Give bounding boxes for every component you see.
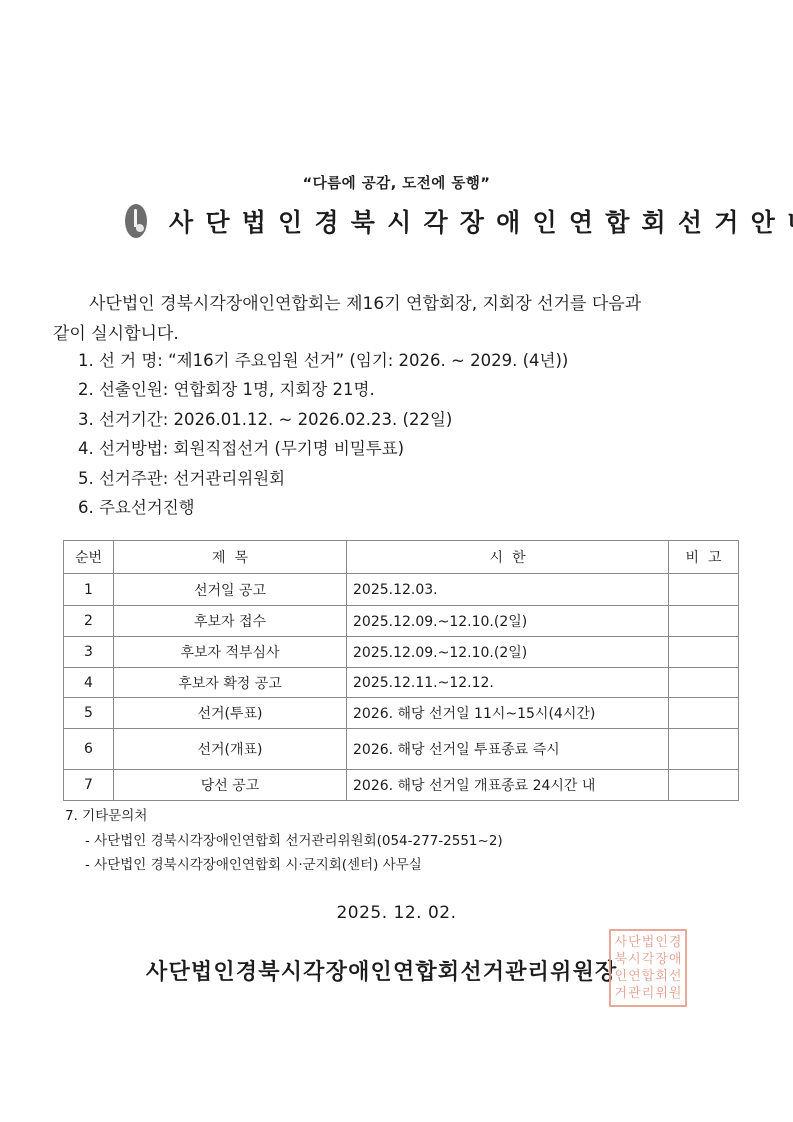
table-row: 6 선거(개표) 2026. 해당 선거일 투표종료 즉시 [64,729,739,770]
row-no: 4 [64,668,114,698]
row-no: 7 [64,770,114,801]
seal-char: 장 [655,953,669,966]
intro-paragraph: 사단법인 경북시각장애인연합회는 제16기 연합회장, 지회장 선거를 다음과 … [53,289,753,349]
detail-method: 4. 선거방법: 회원직접선거 (무기명 비밀투표) [78,434,568,463]
document-header: 사단법인경북시각장애인연합회선거안내 [125,196,793,246]
row-deadline: 2025.12.11.~12.12. [347,668,669,698]
table-row: 7 당선 공고 2026. 해당 선거일 개표종료 24시간 내 [64,770,739,801]
row-note [669,729,739,770]
row-deadline: 2026. 해당 선거일 투표종료 즉시 [347,729,669,770]
association-logo-icon [125,204,147,238]
row-title: 당선 공고 [114,770,347,801]
seal-char: 선 [668,970,682,983]
table-row: 4 후보자 확정 공고 2025.12.11.~12.12. [64,668,739,698]
row-no: 1 [64,574,114,606]
contacts-section: 7. 기타문의처 - 사단법인 경북시각장애인연합회 선거관리위원회(054-2… [65,804,503,878]
row-title: 선거(개표) [114,729,347,770]
table-row: 1 선거일 공고 2025.12.03. [64,574,739,606]
contact-election-committee: - 사단법인 경북시각장애인연합회 선거관리위원회(054-277-2551~2… [65,829,503,854]
row-deadline: 2025.12.09.~12.10.(2일) [347,606,669,637]
seal-char: 위 [655,987,669,1000]
row-no: 6 [64,729,114,770]
seal-char: 합 [641,970,655,983]
row-note [669,637,739,668]
election-details-list: 1. 선 거 명: “제16기 주요임원 선거” (임기: 2026. ~ 20… [78,346,568,522]
seal-char: 연 [628,970,642,983]
seal-char: 사 [614,936,628,949]
row-note [669,698,739,729]
row-note [669,606,739,637]
seal-char: 시 [628,953,642,966]
seal-char: 법 [641,936,655,949]
row-note [669,574,739,606]
row-title: 후보자 확정 공고 [114,668,347,698]
schedule-table: 순번 제 목 시 한 비 고 1 선거일 공고 2025.12.03. 2 후보… [63,540,739,801]
seal-char: 관 [628,987,642,1000]
col-header-deadline: 시 한 [347,541,669,574]
row-note [669,770,739,801]
detail-period: 3. 선거기간: 2026.01.12. ~ 2026.02.23. (22일) [78,405,568,434]
document-title: 사단법인경북시각장애인연합회선거안내 [169,203,793,239]
issue-date: 2025. 12. 02. [0,903,793,923]
contacts-heading: 7. 기타문의처 [65,804,503,829]
row-no: 2 [64,606,114,637]
table-row: 3 후보자 적부심사 2025.12.09.~12.10.(2일) [64,637,739,668]
seal-char: 각 [641,953,655,966]
seal-char: 거 [614,987,628,1000]
detail-election-name: 1. 선 거 명: “제16기 주요임원 선거” (임기: 2026. ~ 20… [78,346,568,375]
slogan: “다름에 공감, 도전에 동행” [0,172,793,193]
row-deadline: 2026. 해당 선거일 11시~15시(4시간) [347,698,669,729]
col-header-no: 순번 [64,541,114,574]
seal-char: 원 [668,987,682,1000]
table-header-row: 순번 제 목 시 한 비 고 [64,541,739,574]
contact-branch-offices: - 사단법인 경북시각장애인연합회 시·군지회(센터) 사무실 [65,853,503,878]
row-title: 후보자 접수 [114,606,347,637]
seal-char: 리 [641,987,655,1000]
seal-char: 경 [668,936,682,949]
row-deadline: 2026. 해당 선거일 개표종료 24시간 내 [347,770,669,801]
seal-char: 단 [628,936,642,949]
detail-schedule-heading: 6. 주요선거진행 [78,493,568,522]
table-row: 2 후보자 접수 2025.12.09.~12.10.(2일) [64,606,739,637]
row-title: 선거일 공고 [114,574,347,606]
intro-line-1: 사단법인 경북시각장애인연합회는 제16기 연합회장, 지회장 선거를 다음과 [53,289,753,319]
official-seal-stamp: 사 단 법 인 경 북 시 각 장 애 인 연 합 회 선 거 관 리 위 원 [609,929,687,1007]
signer-name: 사단법인경북시각장애인연합회선거관리위원장 [146,955,618,986]
seal-char: 인 [655,936,669,949]
detail-positions: 2. 선출인원: 연합회장 1명, 지회장 21명. [78,375,568,404]
seal-char: 북 [614,953,628,966]
row-note [669,668,739,698]
row-no: 5 [64,698,114,729]
row-title: 선거(투표) [114,698,347,729]
row-deadline: 2025.12.09.~12.10.(2일) [347,637,669,668]
table-row: 5 선거(투표) 2026. 해당 선거일 11시~15시(4시간) [64,698,739,729]
col-header-note: 비 고 [669,541,739,574]
detail-organizer: 5. 선거주관: 선거관리위원회 [78,464,568,493]
seal-char: 인 [614,970,628,983]
row-deadline: 2025.12.03. [347,574,669,606]
seal-char: 회 [655,970,669,983]
intro-line-2: 같이 실시합니다. [53,319,753,349]
row-no: 3 [64,637,114,668]
row-title: 후보자 적부심사 [114,637,347,668]
col-header-title: 제 목 [114,541,347,574]
seal-char: 애 [668,953,682,966]
